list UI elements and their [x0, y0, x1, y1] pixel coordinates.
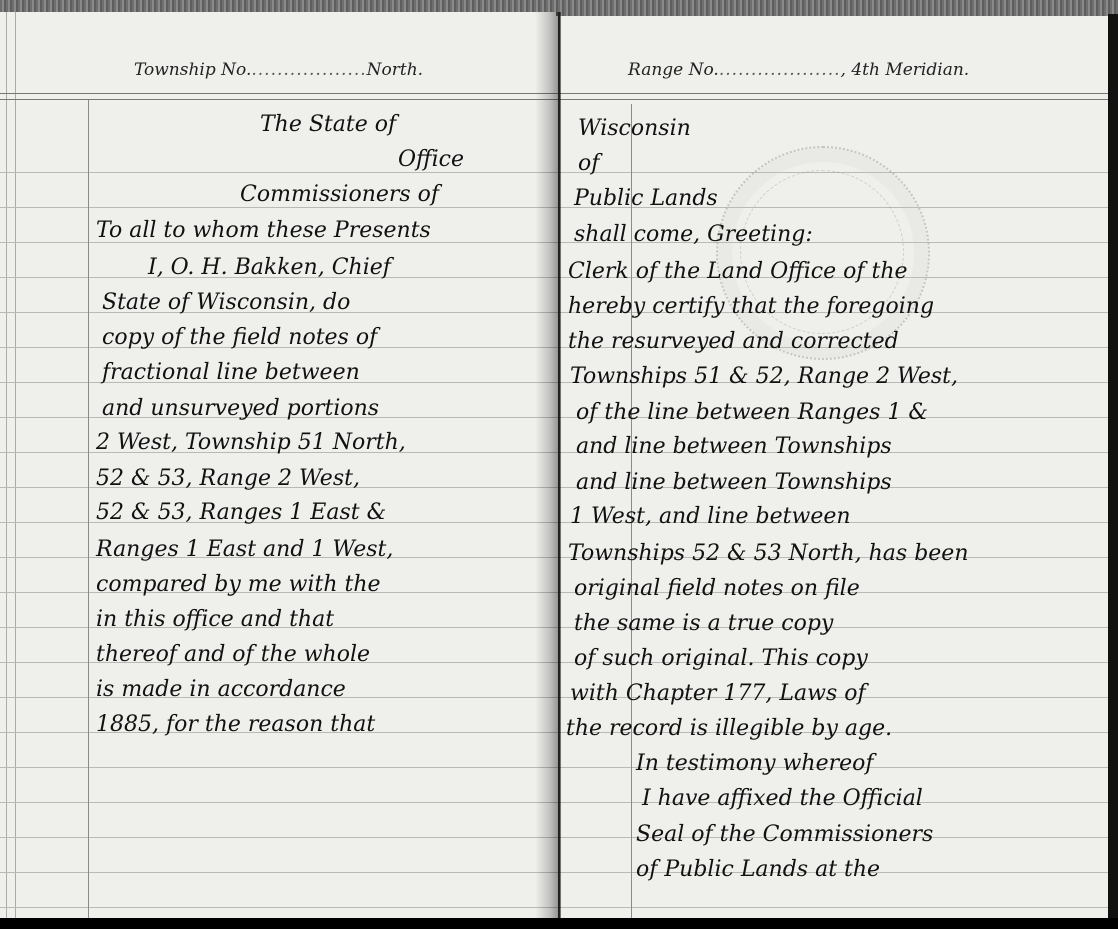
handwritten-line: copy of the field notes of	[102, 325, 377, 351]
handwritten-line: Wisconsin	[578, 116, 691, 142]
header-rule	[0, 93, 556, 100]
embossed-seal-icon	[716, 146, 930, 360]
handwritten-line: Office	[398, 147, 464, 173]
handwritten-line: I, O. H. Bakken, Chief	[148, 255, 391, 281]
handwritten-line: in this office and that	[96, 607, 334, 633]
handwritten-line: I have affixed the Official	[642, 786, 923, 812]
handwritten-line: of the line between Ranges 1 &	[576, 400, 928, 426]
handwritten-line: 52 & 53, Ranges 1 East &	[96, 500, 386, 526]
handwritten-line: 1885, for the reason that	[96, 712, 375, 738]
handwritten-line: of Public Lands at the	[636, 857, 880, 883]
handwritten-line: of	[578, 151, 599, 177]
township-blank: ..................	[251, 60, 366, 80]
township-header: Township No...................North.	[134, 60, 423, 80]
handwritten-line: of such original. This copy	[574, 646, 868, 672]
margin-line	[88, 100, 89, 918]
left-page: Township No...................North. The…	[0, 12, 556, 918]
handwritten-line: the record is illegible by age.	[566, 716, 892, 742]
scan-border-right	[1108, 14, 1118, 929]
range-label: Range No.	[628, 60, 719, 80]
book-fold	[558, 12, 560, 918]
handwritten-line: and line between Townships	[576, 434, 892, 460]
handwritten-line: compared by me with the	[96, 572, 381, 598]
handwritten-line: Public Lands	[574, 186, 718, 212]
handwritten-line: 52 & 53, Range 2 West,	[96, 466, 360, 492]
north-label: North.	[367, 60, 423, 80]
handwritten-line: hereby certify that the foregoing	[568, 294, 934, 320]
township-label: Township No.	[134, 60, 251, 80]
handwritten-line: 2 West, Township 51 North,	[96, 430, 406, 456]
range-blank: ...................	[719, 60, 841, 80]
handwritten-line: shall come, Greeting:	[574, 222, 813, 248]
handwritten-line: Townships 51 & 52, Range 2 West,	[570, 364, 958, 390]
handwritten-line: the same is a true copy	[574, 611, 833, 637]
handwritten-line: Ranges 1 East and 1 West,	[96, 537, 393, 563]
handwritten-line: Clerk of the Land Office of the	[568, 259, 908, 285]
handwritten-line: thereof and of the whole	[96, 642, 370, 668]
handwritten-line: the resurveyed and corrected	[568, 329, 899, 355]
handwritten-line: fractional line between	[102, 360, 360, 386]
handwritten-line: Townships 52 & 53 North, has been	[568, 541, 969, 567]
handwritten-line: and line between Townships	[576, 470, 892, 496]
handwritten-line: 1 West, and line between	[570, 504, 851, 530]
meridian-label: , 4th Meridian.	[841, 60, 970, 80]
handwritten-line: is made in accordance	[96, 677, 346, 703]
handwritten-line: Seal of the Commissioners	[636, 822, 933, 848]
handwritten-line: In testimony whereof	[636, 751, 874, 777]
handwritten-line: State of Wisconsin, do	[102, 290, 350, 316]
handwritten-line: The State of	[260, 112, 396, 138]
handwritten-line: To all to whom these Presents	[96, 218, 431, 244]
scan-border-bottom	[0, 918, 1118, 929]
handwritten-line: Commissioners of	[240, 182, 439, 208]
handwritten-line: original field notes on file	[574, 576, 860, 602]
handwritten-line: with Chapter 177, Laws of	[570, 681, 866, 707]
right-page: Range No...................., 4th Meridi…	[556, 16, 1108, 918]
range-header: Range No...................., 4th Meridi…	[628, 60, 969, 80]
handwritten-line: and unsurveyed portions	[102, 396, 379, 422]
header-rule	[556, 93, 1108, 100]
